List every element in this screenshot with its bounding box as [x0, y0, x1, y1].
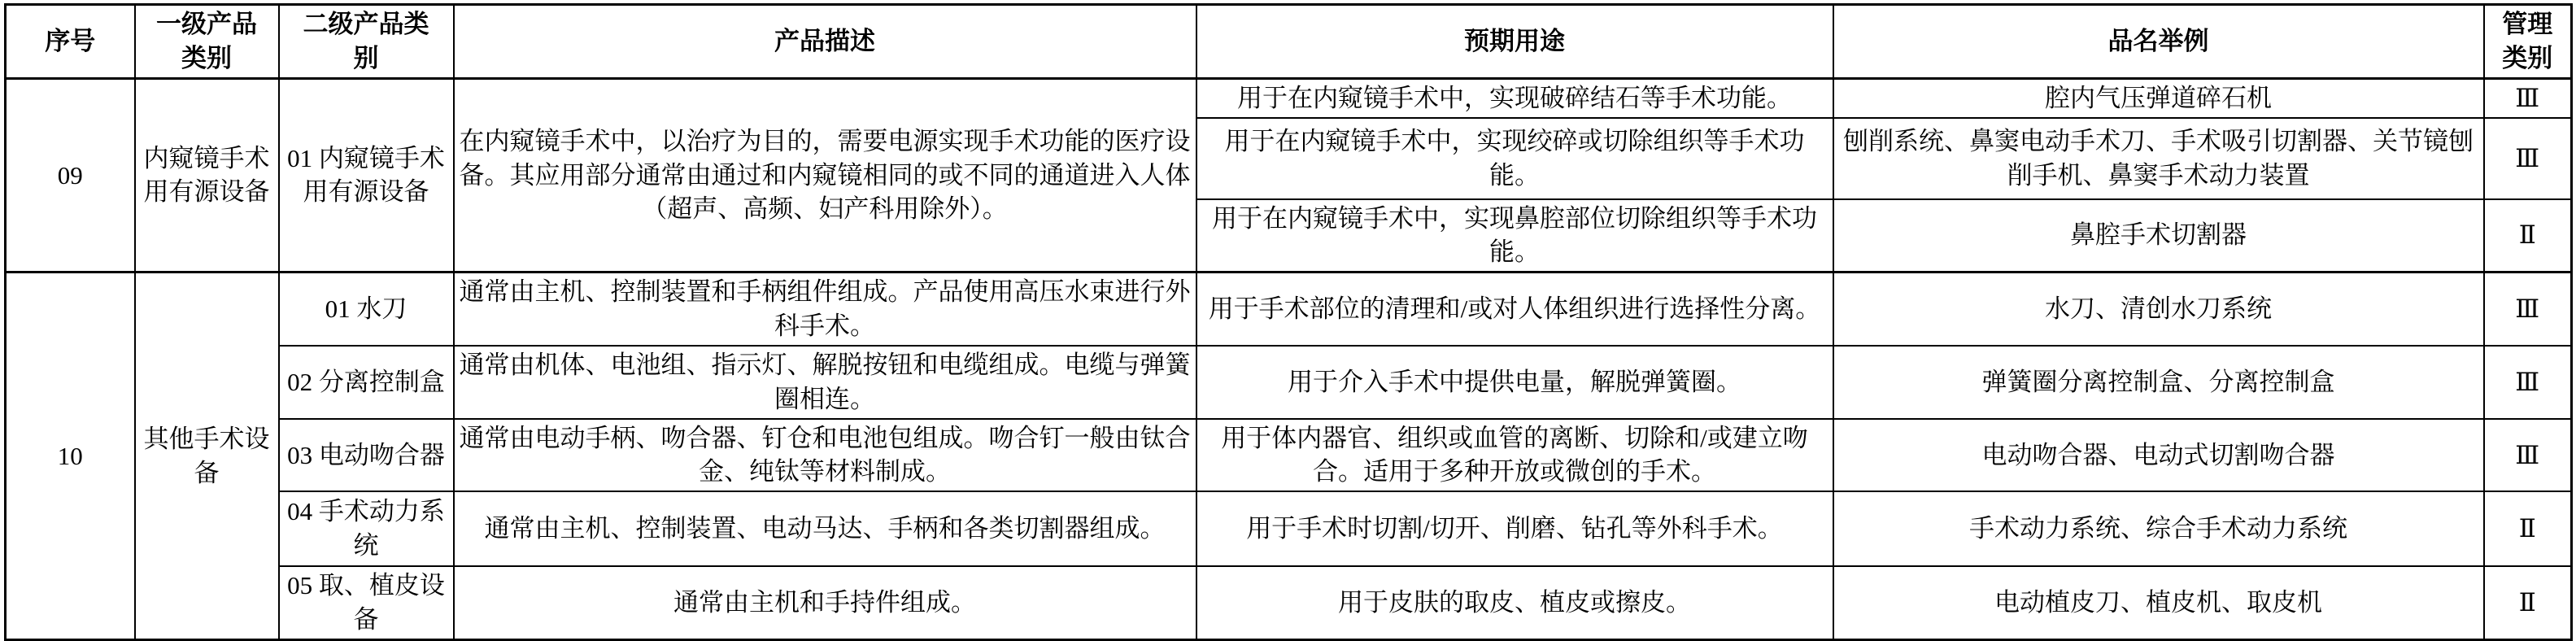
- cell-use: 用于手术时切割/切开、削磨、钻孔等外科手术。: [1196, 491, 1833, 566]
- cell-class: Ⅲ: [2484, 118, 2572, 199]
- cell-category2: 02 分离控制盒: [279, 346, 454, 419]
- cell-use: 用于介入手术中提供电量，解脱弹簧圈。: [1196, 346, 1833, 419]
- cell-examples: 刨削系统、鼻窦电动手术刀、手术吸引切割器、关节镜刨削手机、鼻窦手术动力装置: [1833, 118, 2484, 199]
- header-cell-class: 管理类别: [2484, 5, 2572, 79]
- cell-category2: 01 内窥镜手术用有源设备: [279, 78, 454, 273]
- header-cell-category2: 二级产品类别: [279, 5, 454, 79]
- table-row: 02 分离控制盒 通常由机体、电池组、指示灯、解脱按钮和电缆组成。电缆与弹簧圈相…: [6, 346, 2572, 419]
- cell-description: 通常由主机、控制装置、电动马达、手柄和各类切割器组成。: [454, 491, 1196, 566]
- header-cell-serial: 序号: [6, 5, 135, 79]
- cell-serial: 09: [6, 78, 135, 273]
- cell-use: 用于手术部位的清理和/或对人体组织进行选择性分离。: [1196, 273, 1833, 346]
- cell-class: Ⅲ: [2484, 78, 2572, 117]
- header-cell-examples: 品名举例: [1833, 5, 2484, 79]
- cell-use: 用于在内窥镜手术中，实现绞碎或切除组织等手术功能。: [1196, 118, 1833, 199]
- cell-examples: 腔内气压弹道碎石机: [1833, 78, 2484, 117]
- cell-use: 用于皮肤的取皮、植皮或擦皮。: [1196, 566, 1833, 639]
- cell-use: 用于在内窥镜手术中，实现鼻腔部位切除组织等手术功能。: [1196, 199, 1833, 273]
- cell-category1: 内窥镜手术用有源设备: [135, 78, 279, 273]
- cell-class: Ⅱ: [2484, 566, 2572, 639]
- header-cell-description: 产品描述: [454, 5, 1196, 79]
- cell-category2: 04 手术动力系统: [279, 491, 454, 566]
- table-header-row: 序号 一级产品类别 二级产品类别 产品描述 预期用途 品名举例 管理类别: [6, 5, 2572, 79]
- cell-description: 在内窥镜手术中，以治疗为目的，需要电源实现手术功能的医疗设备。其应用部分通常由通…: [454, 78, 1196, 273]
- cell-description: 通常由电动手柄、吻合器、钉仓和电池包组成。吻合钉一般由钛合金、纯钛等材料制成。: [454, 419, 1196, 492]
- cell-description: 通常由主机和手持件组成。: [454, 566, 1196, 639]
- cell-category2: 03 电动吻合器: [279, 419, 454, 492]
- table-row: 04 手术动力系统 通常由主机、控制装置、电动马达、手柄和各类切割器组成。 用于…: [6, 491, 2572, 566]
- cell-class: Ⅲ: [2484, 273, 2572, 346]
- table-row: 10 其他手术设备 01 水刀 通常由主机、控制装置和手柄组件组成。产品使用高压…: [6, 273, 2572, 346]
- cell-category2: 05 取、植皮设备: [279, 566, 454, 639]
- cell-examples: 电动吻合器、电动式切割吻合器: [1833, 419, 2484, 492]
- cell-examples: 手术动力系统、综合手术动力系统: [1833, 491, 2484, 566]
- cell-use: 用于体内器官、组织或血管的离断、切除和/或建立吻合。适用于多种开放或微创的手术。: [1196, 419, 1833, 492]
- cell-category2: 01 水刀: [279, 273, 454, 346]
- cell-class: Ⅱ: [2484, 491, 2572, 566]
- header-cell-use: 预期用途: [1196, 5, 1833, 79]
- cell-description: 通常由机体、电池组、指示灯、解脱按钮和电缆组成。电缆与弹簧圈相连。: [454, 346, 1196, 419]
- cell-serial: 10: [6, 273, 135, 640]
- table-row: 03 电动吻合器 通常由电动手柄、吻合器、钉仓和电池包组成。吻合钉一般由钛合金、…: [6, 419, 2572, 492]
- cell-category1: 其他手术设备: [135, 273, 279, 640]
- cell-examples: 鼻腔手术切割器: [1833, 199, 2484, 273]
- cell-examples: 水刀、清创水刀系统: [1833, 273, 2484, 346]
- cell-class: Ⅲ: [2484, 346, 2572, 419]
- cell-examples: 弹簧圈分离控制盒、分离控制盒: [1833, 346, 2484, 419]
- cell-class: Ⅱ: [2484, 199, 2572, 273]
- cell-use: 用于在内窥镜手术中，实现破碎结石等手术功能。: [1196, 78, 1833, 117]
- table-row: 09 内窥镜手术用有源设备 01 内窥镜手术用有源设备 在内窥镜手术中，以治疗为…: [6, 78, 2572, 117]
- cell-examples: 电动植皮刀、植皮机、取皮机: [1833, 566, 2484, 639]
- medical-device-classification-table: 序号 一级产品类别 二级产品类别 产品描述 预期用途 品名举例 管理类别 09 …: [4, 3, 2573, 641]
- header-cell-category1: 一级产品类别: [135, 5, 279, 79]
- cell-class: Ⅲ: [2484, 419, 2572, 492]
- cell-description: 通常由主机、控制装置和手柄组件组成。产品使用高压水束进行外科手术。: [454, 273, 1196, 346]
- table-row: 05 取、植皮设备 通常由主机和手持件组成。 用于皮肤的取皮、植皮或擦皮。 电动…: [6, 566, 2572, 639]
